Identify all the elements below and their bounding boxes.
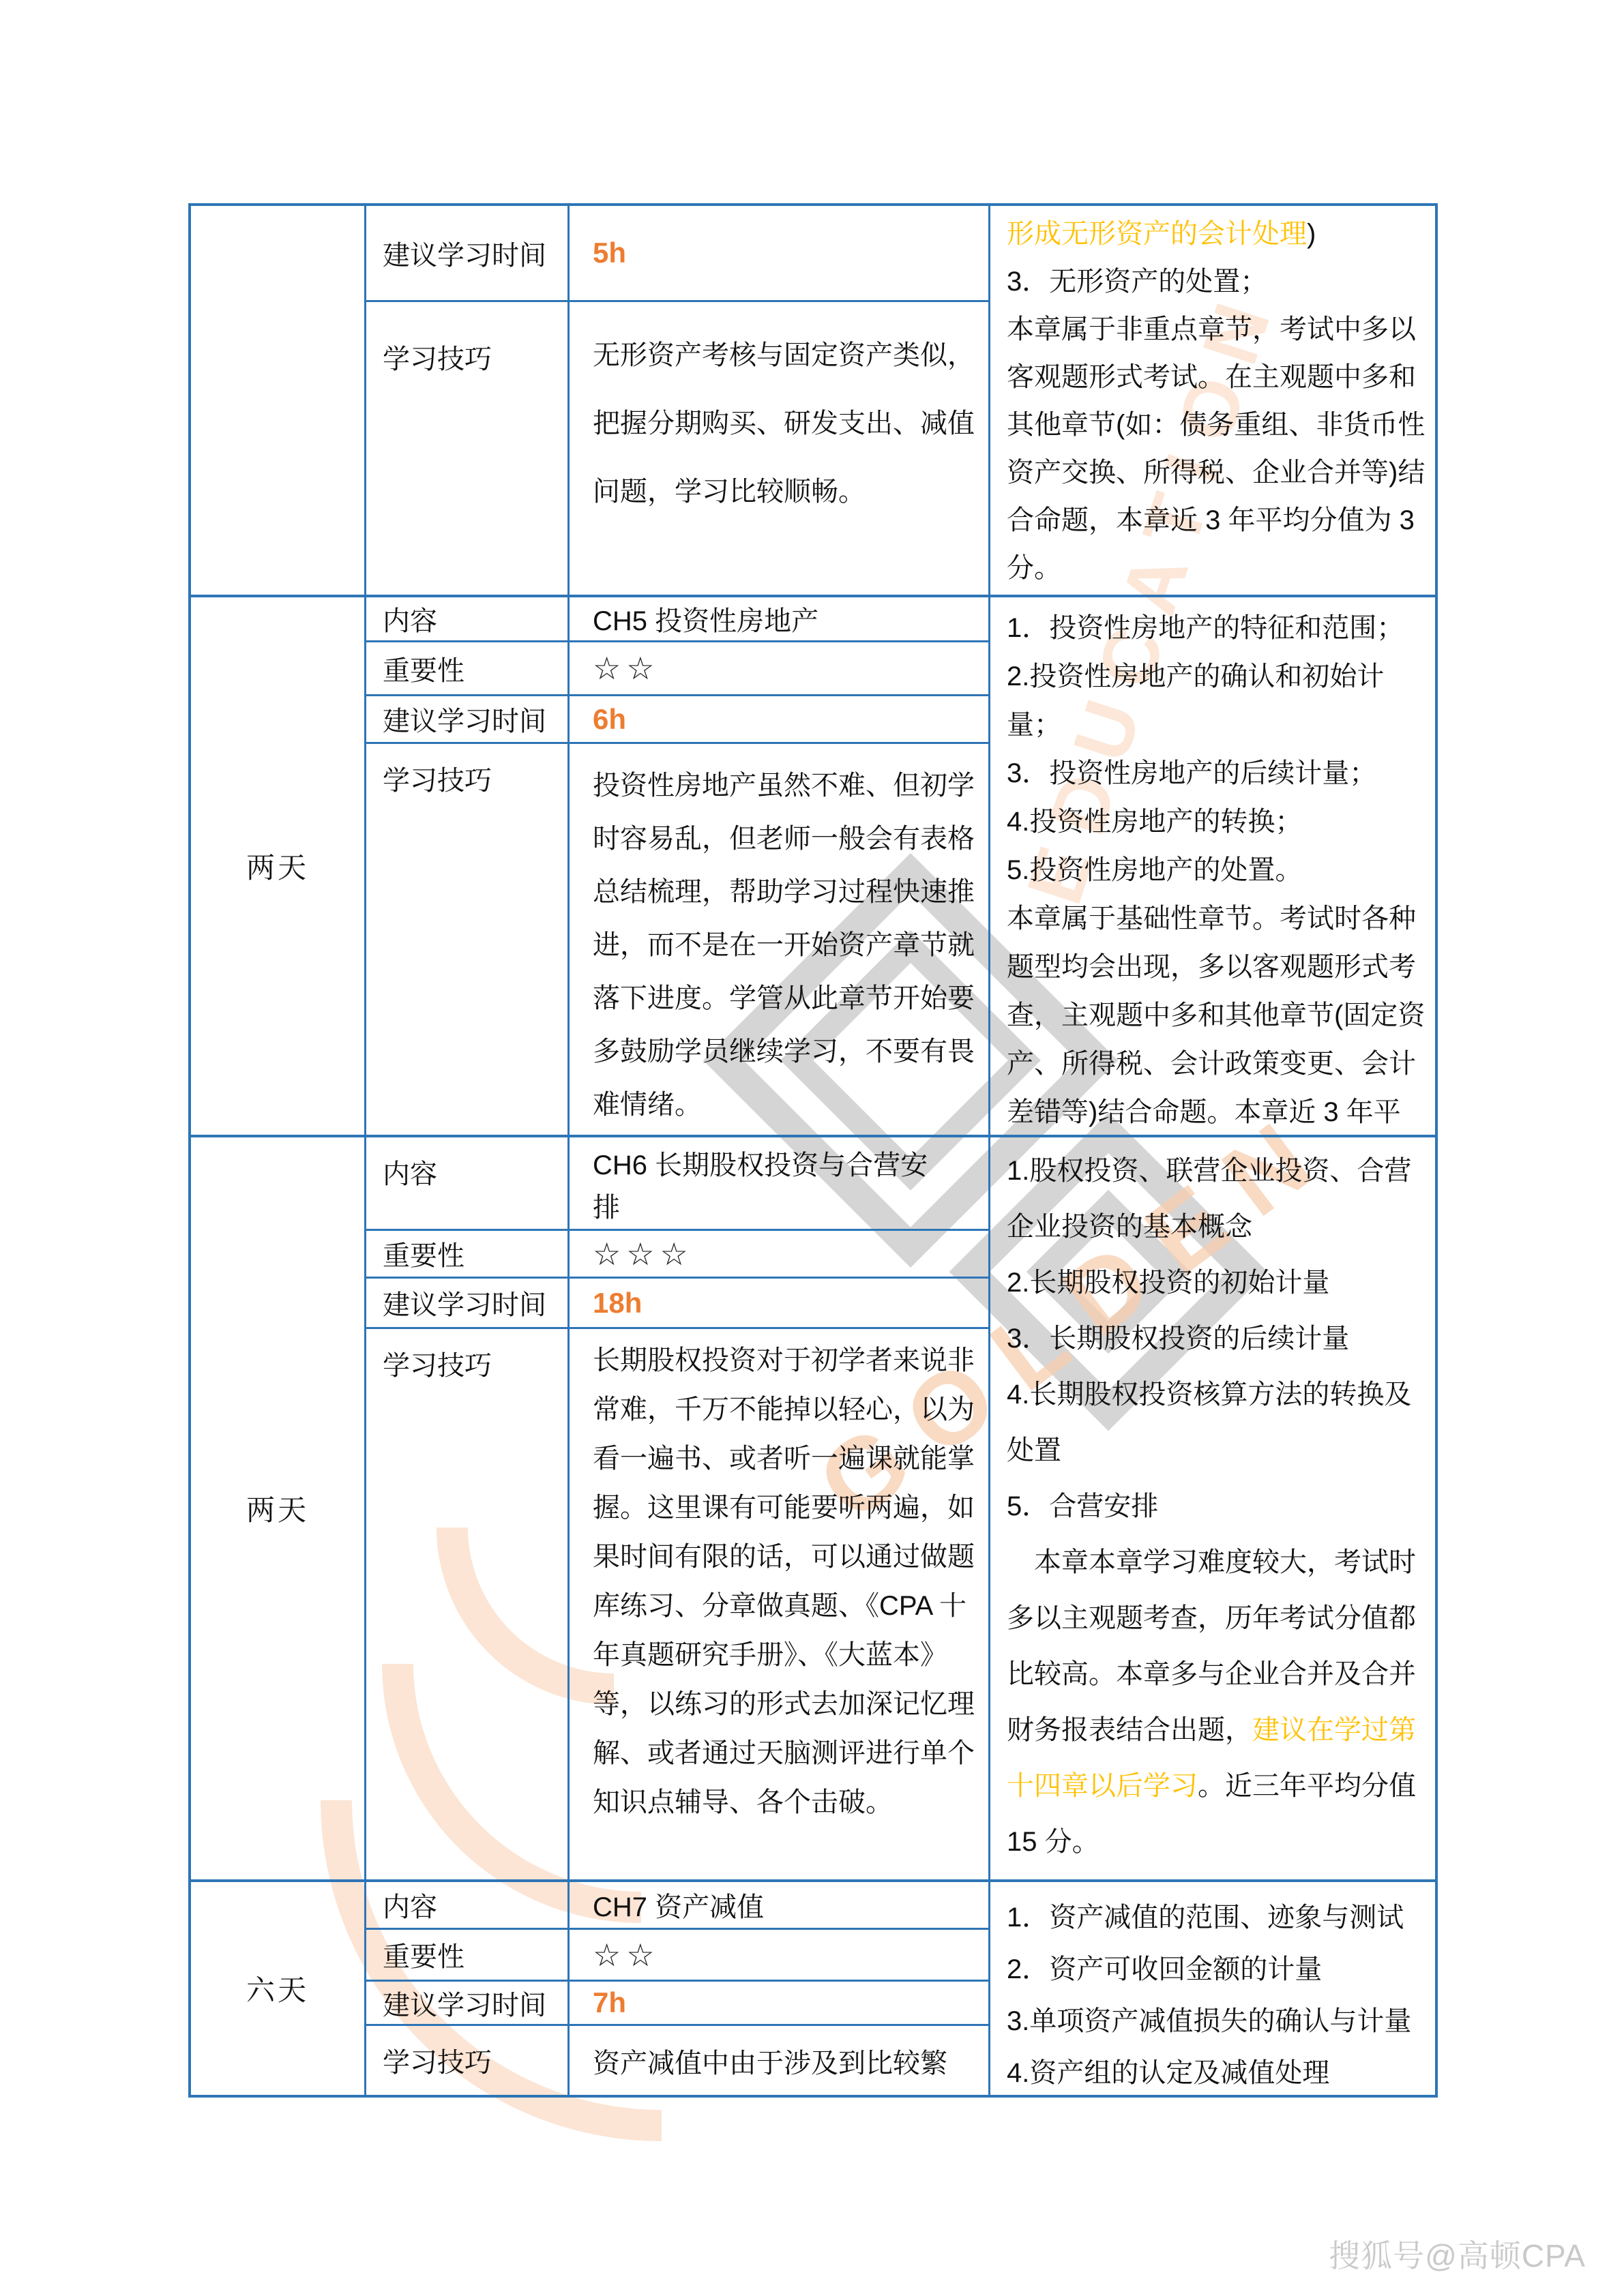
row-label: 内容 bbox=[364, 1135, 567, 1229]
study-hours-value: 6h bbox=[567, 694, 988, 742]
document-page: { "palette": { "border_blue": "#2E75B6",… bbox=[0, 0, 1624, 2296]
chapter-title: CH7 资产减值 bbox=[567, 1879, 988, 1928]
note-text: 1.股权投资、联营企业投资、合营企业投资的基本概念 2.长期股权投资的初始计量 … bbox=[1007, 1156, 1416, 1745]
study-tips-text: 资产减值中由于涉及到比较繁 bbox=[567, 2024, 988, 2095]
row-label: 学习技巧 bbox=[364, 1327, 567, 1879]
row-label: 重要性 bbox=[364, 1229, 567, 1277]
row-label: 建议学习时间 bbox=[364, 1277, 567, 1327]
row-label: 建议学习时间 bbox=[364, 1980, 567, 2024]
row-label: 重要性 bbox=[364, 640, 567, 694]
study-tips-text: 无形资产考核与固定资产类似，把握分期购买、研发支出、减值问题，学习比较顺畅。 bbox=[567, 300, 988, 595]
study-tips-text: 长期股权投资对于初学者来说非常难，千万不能掉以轻心，以为看一遍书、或者听一遍课就… bbox=[567, 1327, 988, 1879]
row-label: 内容 bbox=[364, 1879, 567, 1928]
notes-cell: 形成无形资产的会计处理) 3．无形资产的处置； 本章属于非重点章节，考试中多以客… bbox=[988, 206, 1435, 595]
chapter-title: CH6 长期股权投资与合营安 排 bbox=[567, 1135, 988, 1229]
note-text: 1．资产减值的范围、迹象与测试 2．资产可收回金额的计量 3.单项资产减值损失的… bbox=[1007, 1903, 1411, 2088]
footer-credit: 搜狐号@高顿CPA bbox=[1329, 2231, 1586, 2276]
row-label: 学习技巧 bbox=[364, 2024, 567, 2095]
importance-stars: ☆☆☆ bbox=[567, 1229, 988, 1277]
day-cell bbox=[191, 206, 364, 595]
study-hours-value: 18h bbox=[567, 1277, 988, 1327]
note-text: 1．投资性房地产的特征和范围； 2.投资性房地产的确认和初始计量； 3．投资性房… bbox=[1007, 613, 1425, 1135]
importance-stars: ☆☆ bbox=[567, 640, 988, 694]
row-label: 学习技巧 bbox=[364, 300, 567, 595]
highlighted-note: 形成无形资产的会计处理 bbox=[1007, 219, 1307, 249]
importance-stars: ☆☆ bbox=[567, 1928, 988, 1980]
study-plan-table: 建议学习时间 5h 学习技巧 无形资产考核与固定资产类似，把握分期购买、研发支出… bbox=[188, 203, 1438, 2098]
row-label: 内容 bbox=[364, 595, 567, 640]
day-cell: 两天 bbox=[191, 1135, 364, 1879]
day-cell: 六天 bbox=[191, 1879, 364, 2095]
notes-cell: 1．资产减值的范围、迹象与测试 2．资产可收回金额的计量 3.单项资产减值损失的… bbox=[988, 1879, 1435, 2095]
note-text: ) 3．无形资产的处置； 本章属于非重点章节，考试中多以客观题形式考试。在主观题… bbox=[1007, 219, 1425, 583]
notes-cell: 1.股权投资、联营企业投资、合营企业投资的基本概念 2.长期股权投资的初始计量 … bbox=[988, 1135, 1435, 1879]
notes-cell: 1．投资性房地产的特征和范围； 2.投资性房地产的确认和初始计量； 3．投资性房… bbox=[988, 595, 1435, 1135]
row-label: 建议学习时间 bbox=[364, 694, 567, 742]
study-hours-value: 5h bbox=[567, 206, 988, 300]
day-cell: 两天 bbox=[191, 595, 364, 1135]
study-tips-text: 投资性房地产虽然不难、但初学时容易乱，但老师一般会有表格总结梳理，帮助学习过程快… bbox=[567, 742, 988, 1135]
row-label: 重要性 bbox=[364, 1928, 567, 1980]
chapter-title: CH5 投资性房地产 bbox=[567, 595, 988, 640]
study-hours-value: 7h bbox=[567, 1980, 988, 2024]
row-label: 学习技巧 bbox=[364, 742, 567, 1135]
row-label: 建议学习时间 bbox=[364, 206, 567, 300]
